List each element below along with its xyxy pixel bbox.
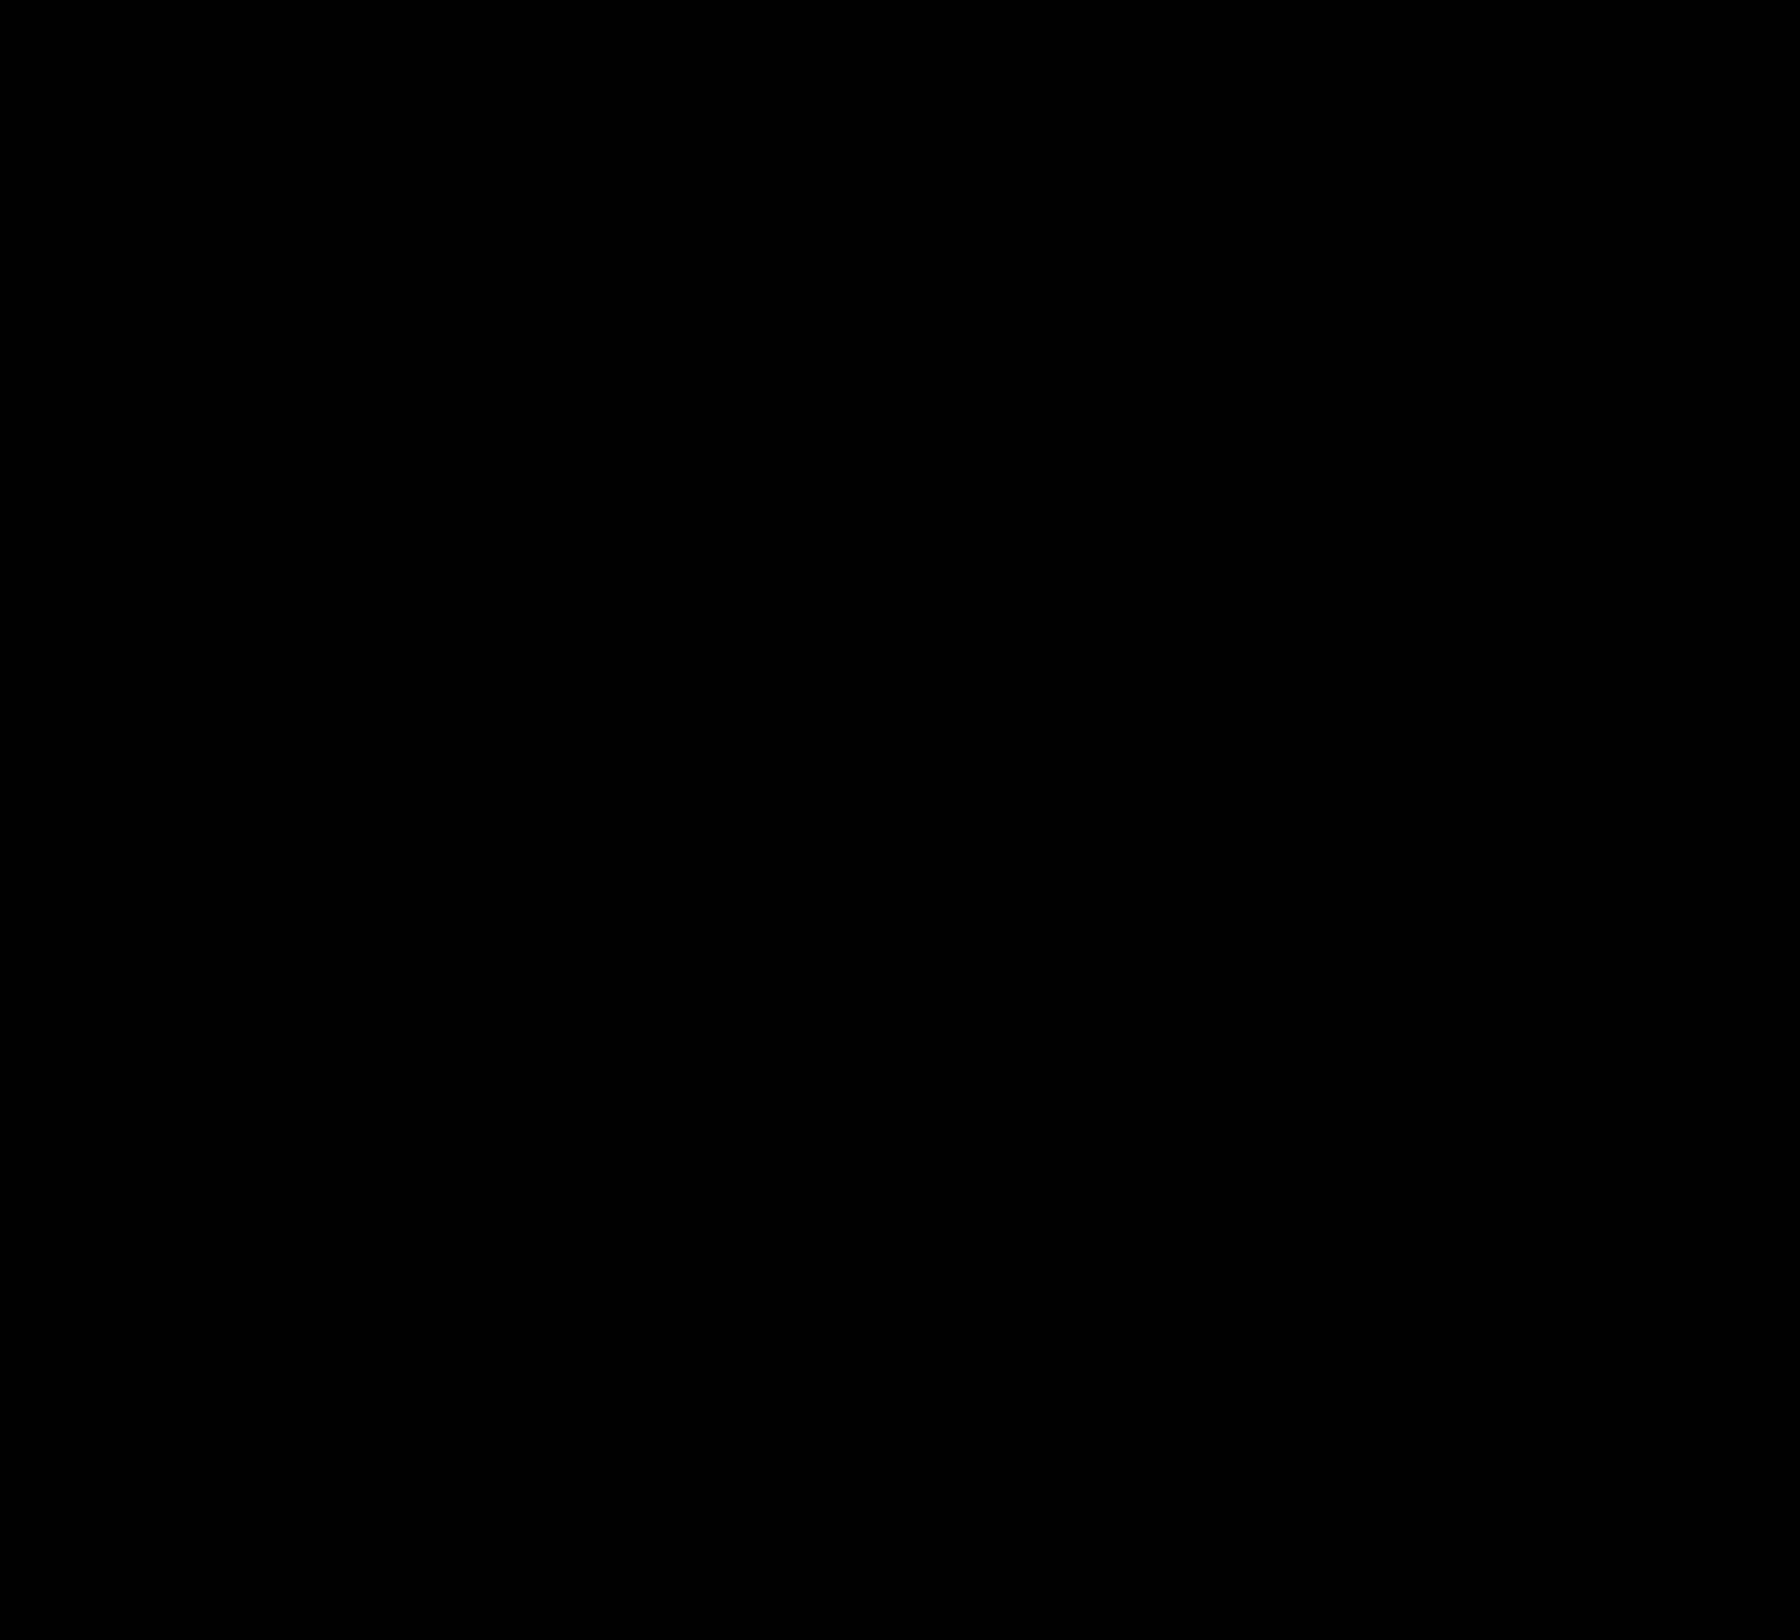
due-to-blank-line (1027, 931, 1550, 957)
certify-from-year-printed: 19 (1337, 654, 1353, 670)
date-of-death-value: July 26, (1218, 582, 1328, 605)
occupation-label: 10. Usual occupation (277, 922, 447, 943)
margin-note-permanent-record: WRITE PLAINLY, WITH UNFADING INK—THIS IS… (167, 741, 190, 1455)
informant-address-label: (b) Address (277, 1216, 371, 1237)
city-hint: (If outside city or town limits, write R… (525, 339, 987, 354)
registration-row: Registration Dist. No. 11-00 Certificate… (1008, 187, 1738, 249)
external-e-label: (e) Means of injury (1027, 1473, 1177, 1494)
mother-maiden-label: 14. Maiden Name (307, 1092, 467, 1113)
cause-line-4: Tuberculosis, intestinal. (1106, 827, 1451, 850)
cause-label: Immediate cause of death (1027, 721, 1235, 742)
marital-label-1: 6(a) Single, married, widowed, (700, 604, 998, 620)
location-row: (d) Location Jacksonville, Florida (277, 1345, 998, 1371)
rank-unit: Sgt. 744th AAF BU (893, 516, 1128, 539)
other-blank-line (1027, 1022, 1550, 1048)
birthplace-label: 9. Birthplace (277, 864, 437, 885)
mother-side-label: MOTHER (270, 1077, 287, 1154)
certify-saw-date: July 26, (1387, 681, 1497, 704)
full-name-label: 3(a) FULL NAME (285, 517, 426, 540)
home-corporate-value: Unknown (1508, 409, 1605, 432)
race-label: 5. Color or Race (465, 604, 673, 625)
disposition-date-label: (b) Date thereof (579, 1261, 705, 1282)
community-hint: (Yrs., mos., or days) (655, 477, 987, 492)
operations-blank-line (1027, 1110, 1550, 1136)
external-work-row: While at work? (1067, 1439, 1724, 1460)
parents-block: FATHER 12. Name Carl Tyre 13. Birthplace… (263, 982, 1008, 1161)
birthplace-hint-state: (State or foreign country) (643, 885, 799, 900)
filed-sublabel: Filed (413, 1533, 448, 1550)
certify-to-date: July 26, (1445, 647, 1555, 670)
home-state-label: (a) State (1044, 297, 1111, 318)
bureau-name: BUREAU OF VITAL STATISTICS (258, 105, 1478, 126)
stay-hint: (Yrs., mos., or days) (735, 424, 987, 439)
funeral-address-row: (b) Address Asheville, North Carolina (277, 1421, 998, 1447)
cemetery-label: (c) Cemetery (277, 1311, 380, 1332)
spouse-label: 6(b) Name of husband or wife (277, 680, 515, 701)
disposition-date-hint: (Month, day, year) (814, 1282, 924, 1297)
external-c-hint-county: (County) (1484, 1322, 1546, 1339)
handwritten-600: 600 (1363, 493, 1441, 527)
cause-line-2: monary,chronic, Far Advanced, (1033, 755, 1433, 778)
city-label: (c) City or town (285, 318, 455, 339)
section-registration-home: Registration Dist. No. 11-00 Certificate… (1008, 187, 1738, 496)
physician-note-1: Underline the (1563, 1017, 1728, 1045)
dod-year-printed: 19 (1383, 589, 1399, 605)
certify-saw-year-printed: 19 (1572, 688, 1588, 704)
community-value: 0 0 18 (687, 454, 825, 477)
home-county-label: (b) County (1377, 297, 1462, 318)
disposition-hint: (Burial, cremation, or removal) (325, 1282, 514, 1297)
disposition-value: Removal (393, 1259, 490, 1282)
informant-address-value: Veterans Administration,Oteen,N.C. (377, 1214, 846, 1237)
external-c-row: (c) Where did injury occur? (1027, 1299, 1724, 1320)
certify-from-label: deceased from (1027, 649, 1147, 670)
home-street-value: 137 Spring Street (1336, 371, 1571, 394)
county-value: Buncombe (656, 227, 766, 250)
full-name-row: 3(a) FULL NAME TYRE, John E. C-9 015 710… (263, 503, 1738, 544)
occupation-value: Diesel Engine Mechanic (571, 920, 875, 943)
city-value: Rural (686, 316, 755, 339)
star-mark-icon: ✶ (1439, 104, 1481, 156)
home-city-value: Jacksonville (1358, 333, 1524, 356)
birth-date-value: January 23, 1925 (628, 756, 849, 779)
ss-label-1: 3(c) Social Security (640, 561, 769, 577)
county-label: (a) County (285, 229, 435, 250)
external-b-label: (b) Date of occurrence (1027, 1265, 1207, 1286)
age-months-label: Months (522, 803, 647, 819)
external-work-label: While at work? (1067, 1439, 1187, 1460)
external-d-hint: (Specify type of place) (1327, 1409, 1724, 1426)
age-years-value: 22 (379, 822, 507, 845)
spouse-value: "Single" (551, 678, 661, 701)
filed-date-handwritten: Aug 4 (359, 1493, 484, 1529)
veteran-row: 3(b) If veteran, name war WORLD WAR TWO … (263, 544, 1008, 598)
race-value: White (513, 636, 673, 659)
father-name-label: 12. Name (307, 1004, 417, 1025)
certificate-form: B. V. S. Form 5 NORTH CAROLINA STATE BOA… (258, 12, 1738, 1586)
birthplace-hint-city: (City, town, or county) (447, 885, 583, 900)
birth-date-row: 7. Birth date of deceased January 23, 19… (277, 753, 998, 779)
dod-time-value: 11:15 (1496, 582, 1565, 605)
spouse-row: 6(b) Name of husband or wife "Single" (277, 675, 998, 701)
age-min-label: min. (965, 824, 994, 840)
physician-title: Physician (1563, 989, 1728, 1007)
punch-hole-bottom (76, 1067, 141, 1125)
filed-label: 19(a) (277, 1506, 317, 1527)
page-title: CERTIFICATE OF DEATH (258, 134, 1478, 188)
father-name-value: Carl Tyre (457, 1002, 581, 1025)
signature-address-row: Address H.E. WALKUP, Senior O.D. Date si… (1027, 1549, 1724, 1577)
home-city-label: (c) City or town (1044, 335, 1168, 356)
operations-label: Of operations (1053, 1079, 1164, 1100)
major-findings-label: Major findings: (1027, 1058, 1550, 1079)
sex-race-marital-row: 4. Sex Male 5. Color or Race White 6(a) … (263, 598, 1008, 663)
other-conditions-hint: (Include pregnancy within 3 months of de… (1197, 997, 1550, 1012)
stay-value: 0 0 18 (737, 401, 875, 424)
medical-title: MEDICAL CERTIFICATION (1015, 544, 1738, 575)
marital-value: Single (804, 627, 887, 650)
external-b-row: (b) Date of occurrence (1027, 1265, 1724, 1286)
birth-date-label: 7. Birth date of deceased (277, 758, 478, 779)
sex-label: 4. Sex (277, 604, 438, 625)
bottom-address-line: Veterans Administration,Oteen, N.C. (855, 1514, 1422, 1541)
certify-saw-year: 47 (1587, 684, 1615, 707)
location-label: (d) Location (277, 1349, 417, 1370)
disposition-label: 17(a) (277, 1261, 317, 1282)
informant-label: 16(a) Informant's Signature (277, 1178, 496, 1199)
location-value: Jacksonville, Florida (563, 1348, 853, 1371)
certify-line1: 21. I certify that death occurred on the… (1027, 616, 1724, 636)
cause-blank-line (1027, 860, 1550, 886)
cemetery-row: (c) Cemetery (277, 1311, 998, 1332)
industry-label: 11. Industry or business (277, 955, 472, 976)
registration-dist-value: 11-00 (1259, 207, 1355, 235)
form-header: B. V. S. Form 5 NORTH CAROLINA STATE BOA… (258, 12, 1738, 180)
funeral-address-value: Asheville, North Carolina (512, 1424, 857, 1447)
certify-saw-prefix: and that I last saw h (1027, 683, 1189, 704)
dod-at-label: , at (1426, 584, 1451, 605)
filed-b-label: (b) (610, 1506, 632, 1527)
mother-maiden-value: Daisy Hadden (497, 1090, 663, 1113)
community-label: In this community (285, 456, 525, 477)
funeral-address-label: (b) Address (277, 1425, 371, 1446)
father-name-row: 12. Name Carl Tyre (307, 999, 998, 1025)
spouse-age-label: (c) Age of husband or wife if alive (277, 713, 547, 734)
age-row: 8. AGE: Years 22 Months 6 Days 3 (263, 799, 1008, 847)
org-name: NORTH CAROLINA STATE BOARD OF HEALTH (258, 74, 1478, 103)
autopsy-value: Same as above (1146, 1153, 1325, 1176)
duration-physician-box: Duration 1 yr. 1 mo 23 days Unknown Phys… (1550, 730, 1738, 1182)
date-stamp: AUG 7 1947 (727, 254, 917, 283)
physician-note-box: Physician Underline the cause to which d… (1553, 979, 1738, 1164)
physician-note-5: statistically. (1563, 1128, 1728, 1156)
other-conditions-label: Other conditions (1027, 973, 1163, 994)
cause-struck-text: xxxx (1027, 828, 1100, 850)
veteran-label-1: 3(b) If veteran, (277, 550, 393, 571)
duration-blank-2 (1561, 936, 1730, 958)
father-block: FATHER 12. Name Carl Tyre 13. Birthplace… (263, 985, 1008, 1073)
certify-from-year: 47 (1353, 650, 1381, 673)
service-number: C-9 015 710 (685, 516, 837, 539)
mother-birthplace-label: 15. Birthplace (307, 1131, 467, 1152)
age-days-label: Days (662, 803, 787, 819)
disposition-date-value: July 26, 1947 (761, 1259, 940, 1282)
date-signed-label: Date signed (1455, 1561, 1534, 1577)
external-causes-section: 22. If death was due to external causes,… (1015, 1185, 1738, 1494)
duration-value-3: Unknown (1561, 846, 1658, 872)
external-title: 22. If death was due to external causes,… (1027, 1195, 1724, 1218)
street-value: Veterans Administration (606, 365, 923, 388)
margin-note-legibly: Please write the causes of death clearly… (233, 1038, 253, 1455)
external-d-label-2: place? (1067, 1386, 1121, 1407)
township-hint: (If in town limits, leave blank) (585, 290, 987, 305)
father-birthplace-value: Florida (467, 1044, 564, 1067)
home-county-value: Duval (1554, 295, 1623, 318)
informant-value: Hospital Records (637, 1176, 858, 1199)
external-c-label: (c) Where did injury occur? (1027, 1299, 1247, 1320)
certify-to-year: 47 (1611, 650, 1639, 673)
right-column-medical: MEDICAL CERTIFICATION 20. Date of death … (1008, 544, 1738, 1581)
spouse-age-suffix: years. (958, 718, 998, 734)
serial-number: 14361 (1515, 104, 1708, 155)
informant-address-row: (b) Address Veterans Administration,Otee… (277, 1211, 998, 1237)
age-years-label: Years (379, 803, 507, 819)
age-title: 8. AGE: (277, 799, 373, 844)
home-state-value: Florida (1189, 295, 1286, 318)
father-birthplace-label: 13. Birthplace (307, 1043, 467, 1064)
due-to-label: Due to (1027, 900, 1080, 921)
township-label: (b) Township (285, 269, 435, 290)
funeral-director-row: 18(a) Funeral director Morris-Gearing & … (277, 1383, 998, 1409)
stay-label: (e) Length of stay in hospital or instit… (285, 403, 625, 424)
full-name-value: TYRE, John E. (450, 516, 629, 539)
date-signed-value: 7-26-47 (1577, 1552, 1682, 1577)
cause-line-3: active; Empyema, mixed, right; (1033, 791, 1447, 814)
margin-note-binding: MARGIN RESERVED FOR BINDING (139, 762, 162, 1110)
physician-note-2: cause to which (1563, 1045, 1728, 1073)
informant-row: 16(a) Informant's Signature Hospital Rec… (277, 1173, 998, 1199)
certify-to-year-printed: 19 (1596, 654, 1612, 670)
funeral-director-value: Morris-Gearing & Company (559, 1386, 890, 1409)
veteran-war-value: WORLD WAR TWO (428, 570, 607, 593)
margin-note-physicians: Every item of information should be care… (205, 573, 225, 1455)
certify-saw-fill: im (1207, 684, 1231, 704)
mother-maiden-row: 14. Maiden Name Daisy Hadden (307, 1087, 998, 1113)
duration-value-2: 23 days (1561, 804, 1658, 830)
age-days-value: 3 (662, 822, 787, 845)
street-label: (d) Street, hospital or institution (285, 367, 543, 388)
section-home: 2. HOME (USUAL RESIDENCE) OF DECEASED: (… (1008, 249, 1738, 473)
punch-hole-top (82, 313, 140, 367)
age-months-value: 6 (522, 822, 647, 845)
physician-note-4: be charged (1563, 1100, 1728, 1128)
filed-year-handwritten: 47 (541, 1496, 599, 1532)
external-e-row: (e) Means of injury 1 (1027, 1473, 1724, 1494)
disposition-row: 17(a) Removal (b) Date thereof July 26, … (277, 1256, 998, 1282)
father-birthplace-row: 13. Birthplace Florida (307, 1041, 998, 1064)
birthplace-value: Jacksonville, Florida (573, 862, 863, 885)
external-d-label-1: (d) Did injury occur about home, on farm… (1027, 1351, 1724, 1372)
form-body: 1. PLACE OF DEATH: (a) County Buncombe (… (258, 180, 1738, 1586)
external-d-row: place? (1067, 1386, 1724, 1407)
autopsy-label: Of autopsy (1027, 1155, 1116, 1176)
cause-line-1: Tuberculosis, pul- (1241, 719, 1489, 742)
veteran-label-2: name war (277, 571, 393, 592)
mother-block: MOTHER 14. Maiden Name Daisy Hadden 15. … (263, 1073, 1008, 1158)
home-corporate-label: (e) Is place of residence in corporate l… (1044, 411, 1399, 432)
certify-from-date: July 8, (1194, 647, 1291, 670)
funeral-director-label: 18(a) Funeral director (277, 1387, 451, 1408)
handwritten-013: 013 (1593, 501, 1671, 535)
marital-label-2: or divorced. (700, 631, 780, 647)
handwritten-ss-1: 1 (957, 557, 993, 597)
father-side-label: FATHER (270, 992, 287, 1063)
side-box-divider (1553, 972, 1738, 979)
birthplace-row: 9. Birthplace Jacksonville, Florida (277, 859, 998, 885)
external-a-label: (a) Accident, suicide, or homicide (spec… (1027, 1231, 1372, 1252)
external-c-hint-city: (City or town) (1307, 1322, 1404, 1339)
dod-ampm: AM (1611, 585, 1639, 608)
certify-to-label: , to (1380, 649, 1406, 670)
physician-typed-name: H.E. WALKUP, Senior O.D. (1089, 1552, 1449, 1577)
certificate-no-label: Certificate No. (1417, 213, 1532, 234)
age-less-label: If less than one day (802, 803, 1002, 819)
home-foreign-label: (f) If foreign born, how long in U.S.A.? (1044, 444, 1350, 465)
mother-birthplace-value: Florida (467, 1132, 564, 1155)
date-of-death-row: 20. Date of death July 26, 1947 , at 11:… (1015, 575, 1738, 610)
mother-birthplace-row: 15. Birthplace Florida (307, 1129, 998, 1152)
physician-note-3: death should (1563, 1073, 1728, 1101)
external-c-hint-state: (State) (1625, 1322, 1672, 1339)
spouse-age-row: (c) Age of husband or wife if alive year… (277, 713, 998, 734)
duration-value-1: 1 yr. 1 mo (1561, 762, 1699, 788)
occupation-row: 10. Usual occupation Diesel Engine Mecha… (277, 917, 998, 943)
sex-value: Male (295, 636, 438, 659)
certify-saw-suffix: alive on (1249, 683, 1312, 704)
cause-of-death-block: Immediate cause of death Tuberculosis, p… (1015, 704, 1550, 1182)
certify-to-period: . (1639, 649, 1644, 670)
industry-row: 11. Industry or business (277, 955, 998, 976)
duration-title: Duration (1553, 733, 1738, 756)
certificate-no-value: 131 (1590, 207, 1654, 235)
ss-label-2: No. (640, 577, 769, 593)
home-title: 2. HOME (USUAL RESIDENCE) OF DECEASED: (1044, 259, 1714, 280)
left-column: 3(b) If veteran, name war WORLD WAR TWO … (263, 544, 1008, 1581)
ss-value: 264-269-176 (808, 570, 960, 593)
home-foreign-suffix: years. (1674, 449, 1714, 465)
bottom-address-value: Veterans Administration,Oteen, N.C. (855, 1512, 1422, 1542)
age-hrs-label: hrs. (870, 824, 896, 840)
birth-date-hint: (month, day and year) (657, 779, 998, 794)
duration-blank-1 (1561, 894, 1730, 916)
registration-dist-label: Registration Dist. No. (1044, 213, 1217, 234)
dod-year-value: 47 (1399, 585, 1427, 608)
md-label: M.D. (1694, 1527, 1724, 1543)
certify-block: 21. I certify that death occurred on the… (1015, 610, 1738, 704)
section-place-of-death: 1. PLACE OF DEATH: (a) County Buncombe (… (263, 187, 1008, 496)
certificate-page: MARGIN RESERVED FOR BINDING WRITE PLAINL… (55, 0, 1742, 1624)
signature-address-label: Address (1027, 1561, 1083, 1577)
external-a-row: (a) Accident, suicide, or homicide (spec… (1027, 1231, 1724, 1252)
date-of-death-label: 20. Date of death (1027, 584, 1163, 605)
place-of-death-title: 1. PLACE OF DEATH: (285, 197, 987, 218)
home-street-label: (d) Street or R.F.D. (1044, 373, 1192, 394)
